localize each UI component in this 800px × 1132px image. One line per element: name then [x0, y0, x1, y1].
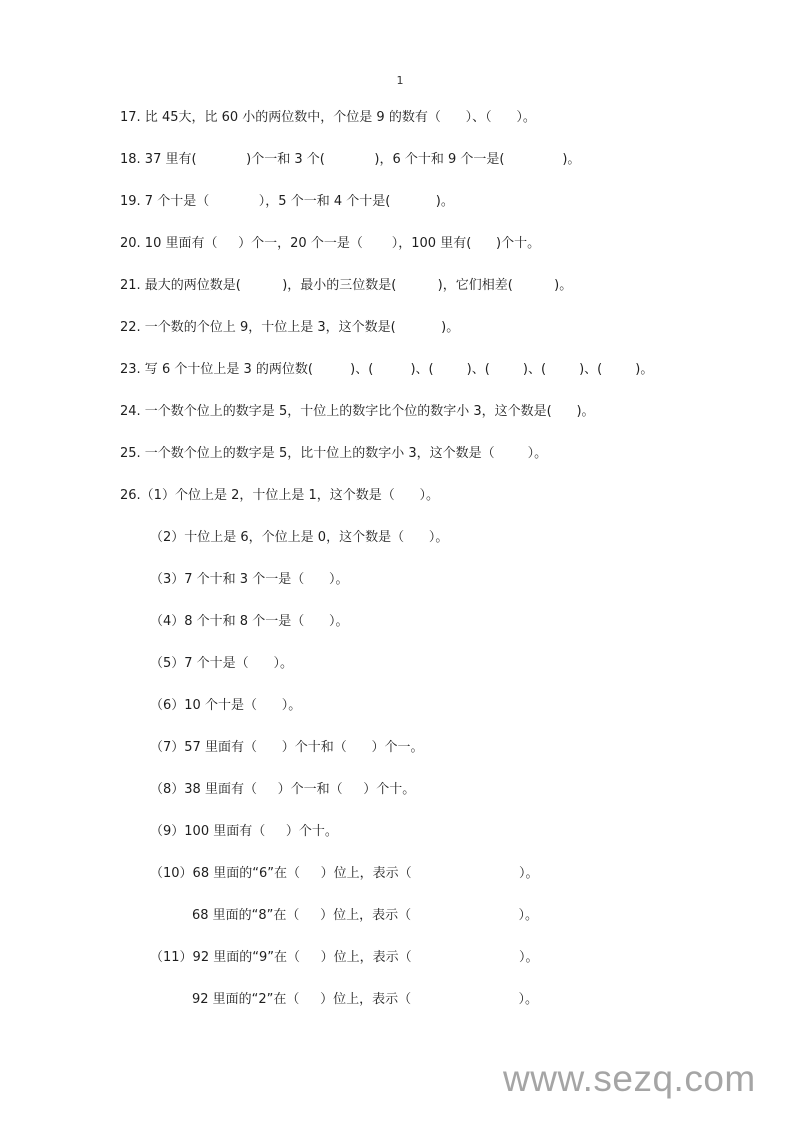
- question-23: 23. 写 6 个十位上是 3 的两位数( )、( )、( )、( )、( )、…: [120, 361, 653, 379]
- question-26-9: （9）100 里面有（ ）个十。: [150, 823, 338, 841]
- question-26-10a: （10）68 里面的“6”在（ ）位上，表示（ ）。: [150, 865, 539, 883]
- watermark: www.sezq.com: [503, 1058, 756, 1100]
- question-25: 25. 一个数个位上的数字是 5，比十位上的数字小 3，这个数是（ ）。: [120, 445, 547, 463]
- question-26-3: （3）7 个十和 3 个一是（ ）。: [150, 571, 349, 589]
- question-26-7: （7）57 里面有（ ）个十和（ ）个一。: [150, 739, 424, 757]
- question-26-2: （2）十位上是 6，个位上是 0，这个数是（ ）。: [150, 529, 448, 547]
- question-26-11b: 92 里面的“2”在（ ）位上，表示（ ）。: [192, 991, 538, 1009]
- question-26-6: （6）10 个十是（ ）。: [150, 697, 301, 715]
- question-26-8: （8）38 里面有（ ）个一和（ ）个十。: [150, 781, 415, 799]
- question-26-4: （4）8 个十和 8 个一是（ ）。: [150, 613, 349, 631]
- question-22: 22. 一个数的个位上 9，十位上是 3，这个数是( )。: [120, 319, 459, 337]
- question-17: 17. 比 45大，比 60 小的两位数中，个位是 9 的数有（ ）、（ ）。: [120, 109, 536, 127]
- question-26-10b: 68 里面的“8”在（ ）位上，表示（ ）。: [192, 907, 538, 925]
- question-26-5: （5）7 个十是（ ）。: [150, 655, 293, 673]
- question-24: 24. 一个数个位上的数字是 5，十位上的数字比个位的数字小 3，这个数是( )…: [120, 403, 595, 421]
- question-18: 18. 37 里有( )个一和 3 个( )，6 个十和 9 个一是( )。: [120, 151, 580, 169]
- question-21: 21. 最大的两位数是( )，最小的三位数是( )，它们相差( )。: [120, 277, 572, 295]
- page-number: 1: [0, 74, 800, 87]
- question-26-1: 26.（1）个位上是 2，十位上是 1，这个数是（ ）。: [120, 487, 439, 505]
- question-26-11a: （11）92 里面的“9”在（ ）位上，表示（ ）。: [150, 949, 539, 967]
- question-20: 20. 10 里面有（ ）个一，20 个一是（ ），100 里有( )个十。: [120, 235, 540, 253]
- question-19: 19. 7 个十是（ ），5 个一和 4 个十是( )。: [120, 193, 454, 211]
